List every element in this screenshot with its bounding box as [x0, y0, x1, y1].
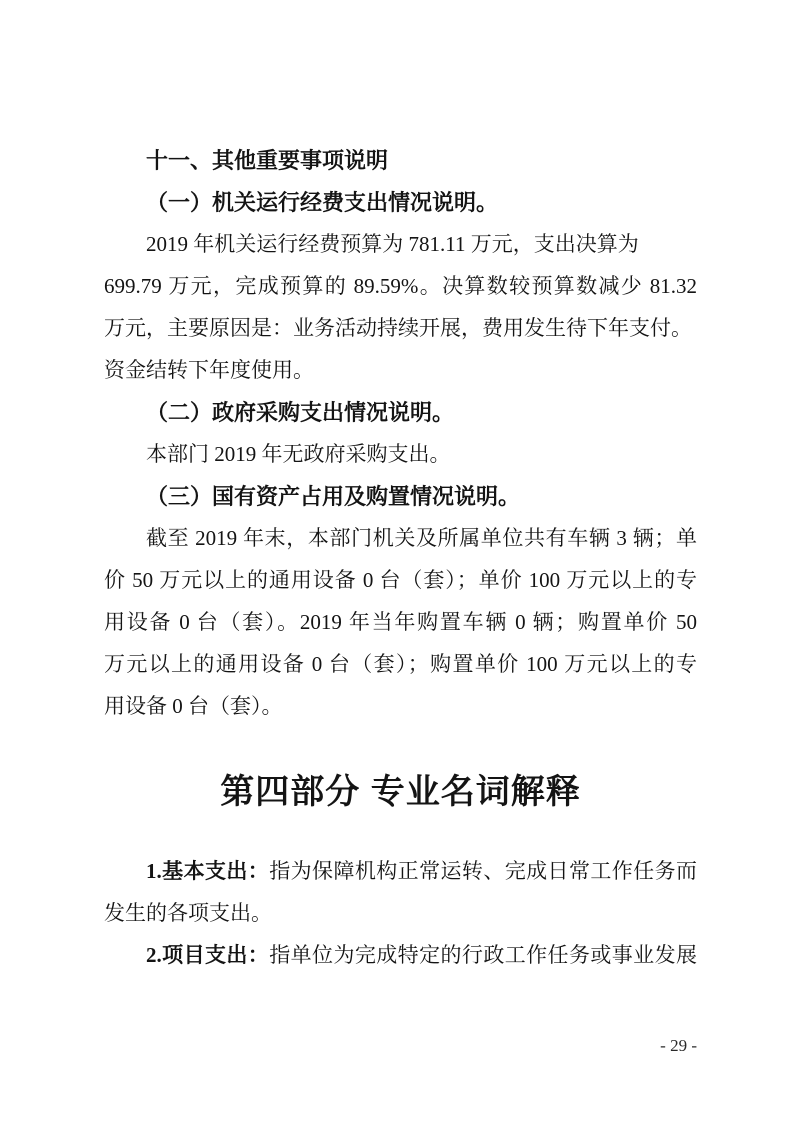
- term-line: 1.基本支出：指为保障机构正常运转、完成日常工作任务而: [104, 856, 697, 886]
- term-name: 1.基本支出：: [146, 859, 269, 883]
- subheading-state-assets: （三）国有资产占用及购置情况说明。: [104, 482, 697, 512]
- paragraph-line: 价 50 万元以上的通用设备 0 台（套）；单价 100 万元以上的专: [104, 565, 697, 595]
- heading-other-important-matters: 十一、其他重要事项说明: [104, 146, 697, 176]
- page-number: - 29 -: [104, 1034, 697, 1058]
- term-line: 2.项目支出：指单位为完成特定的行政工作任务或事业发展: [104, 940, 697, 970]
- paragraph-line: 资金结转下年度使用。: [104, 355, 697, 385]
- subheading-operating-expense: （一）机关运行经费支出情况说明。: [104, 188, 697, 218]
- paragraph-line: 699.79 万元，完成预算的 89.59%。决算数较预算数减少 81.32: [104, 271, 697, 301]
- term-definition-continued: 发生的各项支出。: [104, 898, 697, 928]
- paragraph-line: 截至 2019 年末，本部门机关及所属单位共有车辆 3 辆；单: [104, 523, 697, 553]
- document-page: 十一、其他重要事项说明 （一）机关运行经费支出情况说明。 2019 年机关运行经…: [0, 0, 793, 1122]
- part4-title: 第四部分 专业名词解释: [104, 771, 697, 813]
- paragraph-line: 用设备 0 台（套）。: [104, 691, 697, 721]
- term-name: 2.项目支出：: [146, 943, 269, 967]
- paragraph-line: 2019 年机关运行经费预算为 781.11 万元，支出决算为: [104, 229, 697, 259]
- subheading-gov-procurement: （二）政府采购支出情况说明。: [104, 398, 697, 428]
- paragraph-line: 万元以上的通用设备 0 台（套）；购置单价 100 万元以上的专: [104, 649, 697, 679]
- paragraph-line: 本部门 2019 年无政府采购支出。: [104, 439, 697, 469]
- term-definition: 指单位为完成特定的行政工作任务或事业发展: [269, 943, 697, 967]
- paragraph-line: 用设备 0 台（套）。2019 年当年购置车辆 0 辆；购置单价 50: [104, 607, 697, 637]
- term-definition: 指为保障机构正常运转、完成日常工作任务而: [269, 859, 697, 883]
- paragraph-line: 万元，主要原因是：业务活动持续开展，费用发生待下年支付。: [104, 313, 697, 343]
